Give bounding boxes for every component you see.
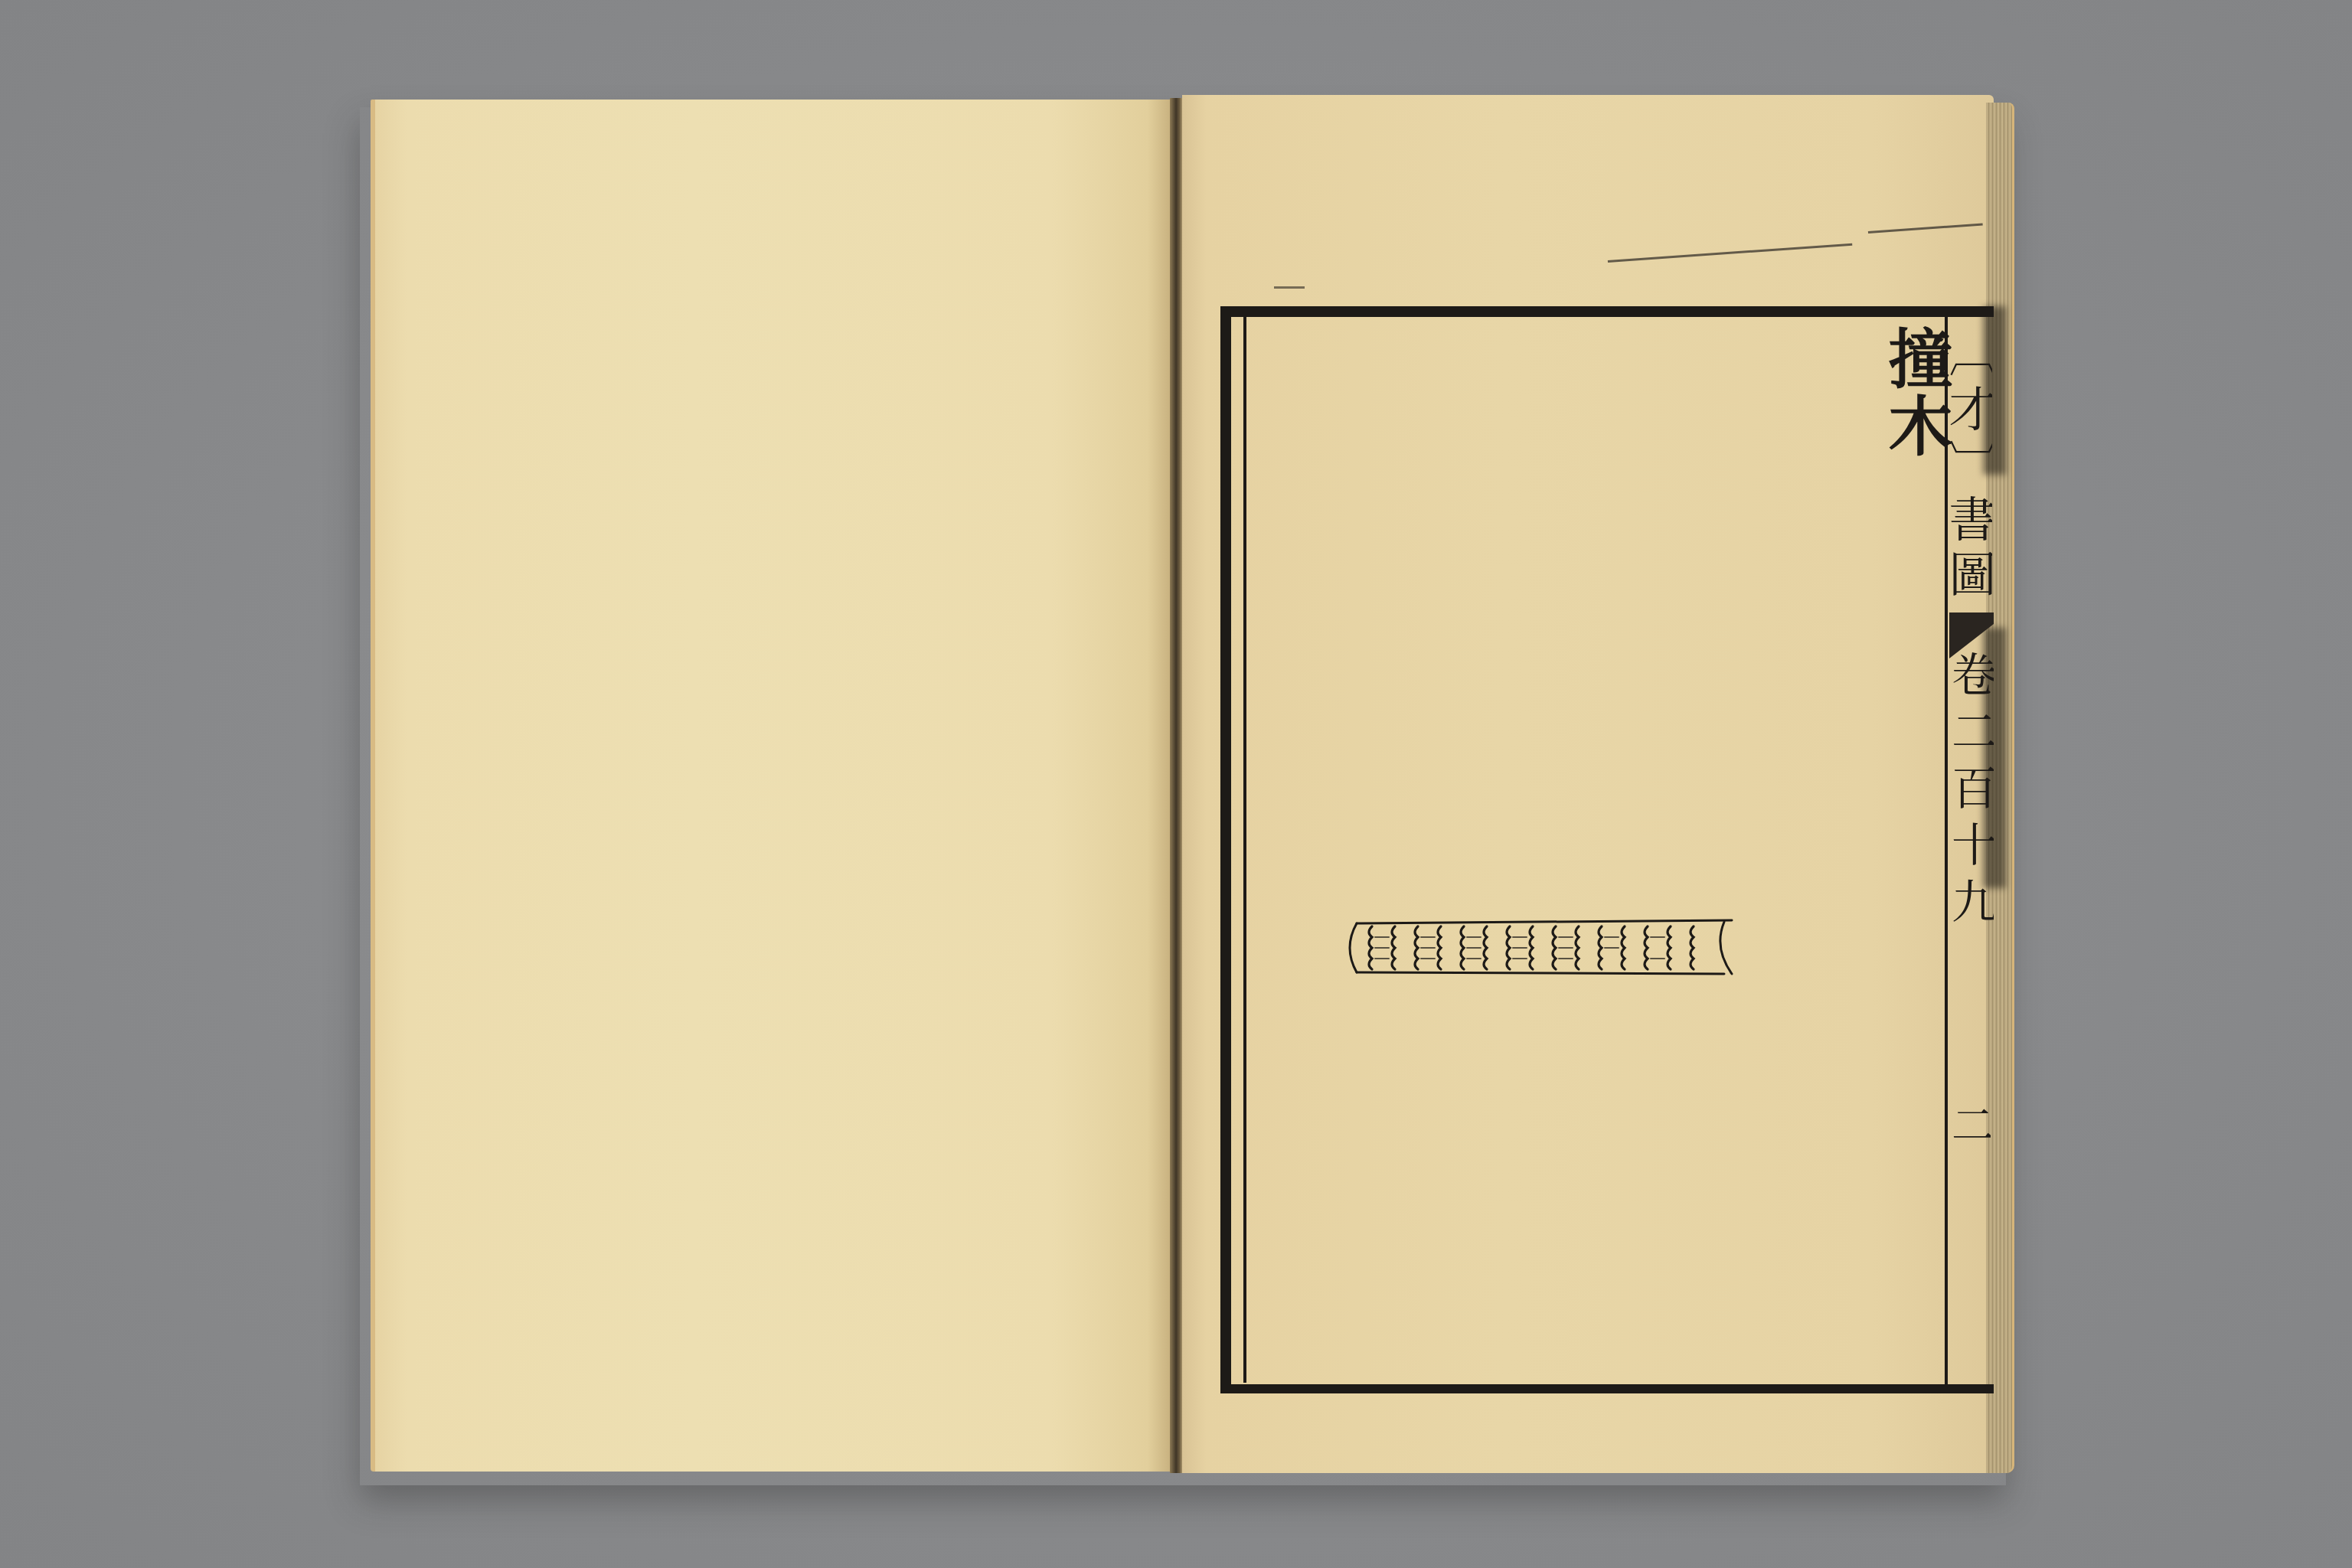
left-page-blank [371, 100, 1171, 1472]
margin-volume-number: 卷二百十九 [1949, 651, 1994, 934]
illustration-title: 撞木 [1883, 325, 1948, 460]
log-illustration-icon [1341, 919, 1746, 977]
printed-frame-border [1220, 306, 1994, 1393]
printed-frame-inner-line [1243, 315, 1246, 1383]
stray-ink-mark [1274, 286, 1305, 289]
folio-number: 二 [1952, 1102, 1991, 1145]
margin-book-title: 〔才〕書圖 [1946, 329, 1992, 605]
